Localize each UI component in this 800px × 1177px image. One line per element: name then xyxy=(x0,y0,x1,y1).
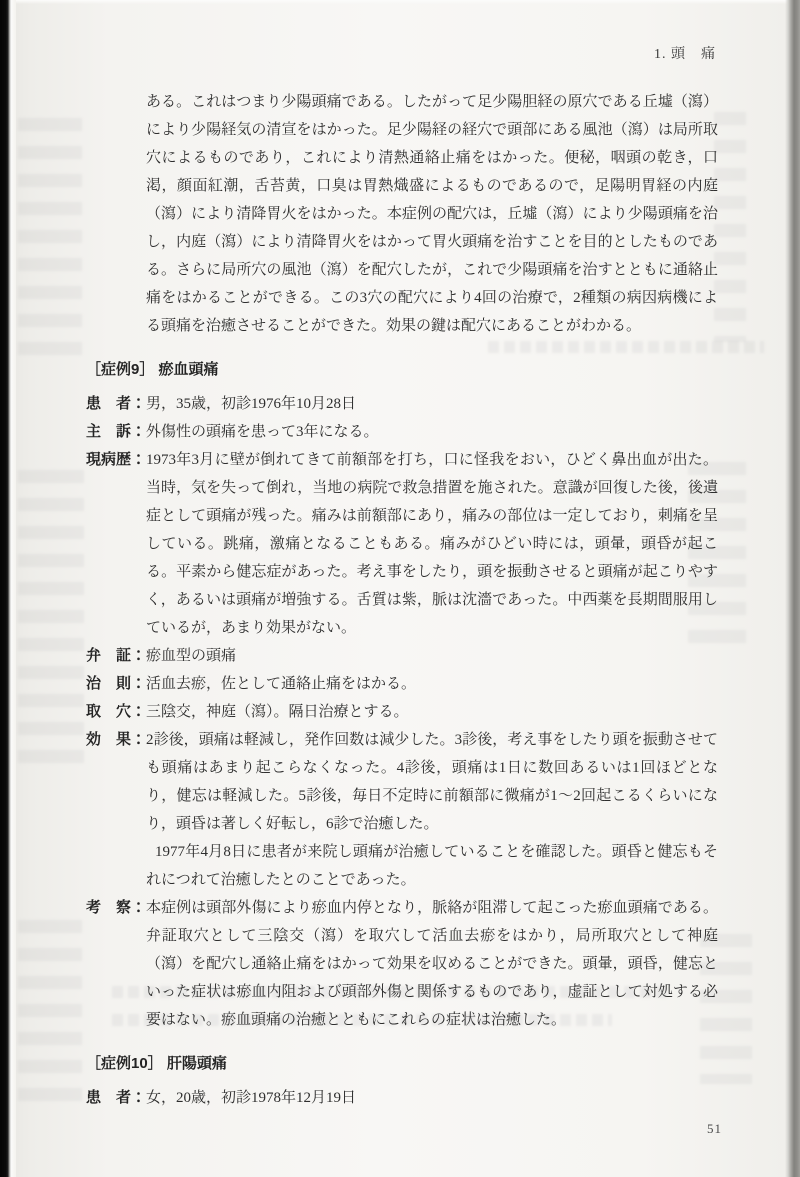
entry-label: 現病歴： xyxy=(86,446,146,474)
entry-value: 三陰交，神庭（瀉）。隔日治療とする。 xyxy=(146,698,718,726)
case10-entry-patient: 患 者： 女，20歳，初診1978年12月19日 xyxy=(86,1084,718,1112)
bleed-through-artifact xyxy=(714,112,746,342)
opening-paragraph: ある。これはつまり少陽頭痛である。したがって足少陽胆経の原穴である丘墟（瀉）によ… xyxy=(146,88,718,340)
scan-edge-right xyxy=(785,0,800,1177)
case9-entry-patient: 患 者： 男，35歳，初診1976年10月28日 xyxy=(86,390,718,418)
case9-entry-results: 効 果： 2診後，頭痛は軽減し，発作回数は減少した。3診後，考え事をしたり頭を振… xyxy=(86,726,718,894)
entry-label: 取 穴： xyxy=(86,698,146,726)
results-paragraph: 1977年4月8日に患者が来院し頭痛が治癒していることを確認した。頭昏と健忘もそ… xyxy=(146,838,718,894)
case10-heading: ［症例10］ 肝陽頭痛 xyxy=(86,1050,718,1078)
entry-label: 患 者： xyxy=(86,390,146,418)
bleed-through-artifact xyxy=(18,118,82,368)
entry-value: 男，35歳，初診1976年10月28日 xyxy=(146,390,718,418)
scan-edge-left xyxy=(0,0,16,1177)
scanned-book-page: 1. 頭 痛 ある。これはつまり少陽頭痛である。したがって足少陽胆経の原穴である… xyxy=(0,0,800,1177)
running-header: 1. 頭 痛 xyxy=(654,43,716,63)
case9-entry-pattern: 弁 証： 瘀血型の頭痛 xyxy=(86,642,718,670)
entry-label: 考 察： xyxy=(86,894,146,922)
scan-edge-top xyxy=(0,0,800,4)
case9-entry-chief-complaint: 主 訴： 外傷性の頭痛を患って3年になる。 xyxy=(86,418,718,446)
page-number: 51 xyxy=(707,1121,722,1137)
entry-label: 治 則： xyxy=(86,670,146,698)
case9-entry-discussion: 考 察： 本症例は頭部外傷により瘀血内停となり，脈絡が阻滞して起こった瘀血頭痛で… xyxy=(86,894,718,1034)
entry-value: 本症例は頭部外傷により瘀血内停となり，脈絡が阻滞して起こった瘀血頭痛である。弁証… xyxy=(146,894,718,1034)
entry-value: 2診後，頭痛は軽減し，発作回数は減少した。3診後，考え事をしたり頭を振動させても… xyxy=(146,726,718,894)
case9-entry-points: 取 穴： 三陰交，神庭（瀉）。隔日治療とする。 xyxy=(86,698,718,726)
bleed-through-artifact xyxy=(18,920,82,1110)
results-paragraph: 2診後，頭痛は軽減し，発作回数は減少した。3診後，考え事をしたり頭を振動させても… xyxy=(146,726,718,838)
entry-value: 女，20歳，初診1978年12月19日 xyxy=(146,1084,718,1112)
case9-entry-history: 現病歴： 1973年3月に壁が倒れてきて前額部を打ち，口に怪我をおい，ひどく鼻出… xyxy=(86,446,718,642)
page-content: ある。これはつまり少陽頭痛である。したがって足少陽胆経の原穴である丘墟（瀉）によ… xyxy=(86,88,718,1112)
entry-value: 外傷性の頭痛を患って3年になる。 xyxy=(146,418,718,446)
entry-label: 主 訴： xyxy=(86,418,146,446)
case9-heading: ［症例9］ 瘀血頭痛 xyxy=(86,356,718,384)
entry-value: 活血去瘀，佐として通絡止痛をはかる。 xyxy=(146,670,718,698)
entry-value: 1973年3月に壁が倒れてきて前額部を打ち，口に怪我をおい，ひどく鼻出血が出た。… xyxy=(146,446,718,642)
entry-label: 効 果： xyxy=(86,726,146,754)
entry-label: 患 者： xyxy=(86,1084,146,1112)
entry-label: 弁 証： xyxy=(86,642,146,670)
bleed-through-artifact xyxy=(18,470,84,770)
entry-value: 瘀血型の頭痛 xyxy=(146,642,718,670)
case9-entry-principle: 治 則： 活血去瘀，佐として通絡止痛をはかる。 xyxy=(86,670,718,698)
